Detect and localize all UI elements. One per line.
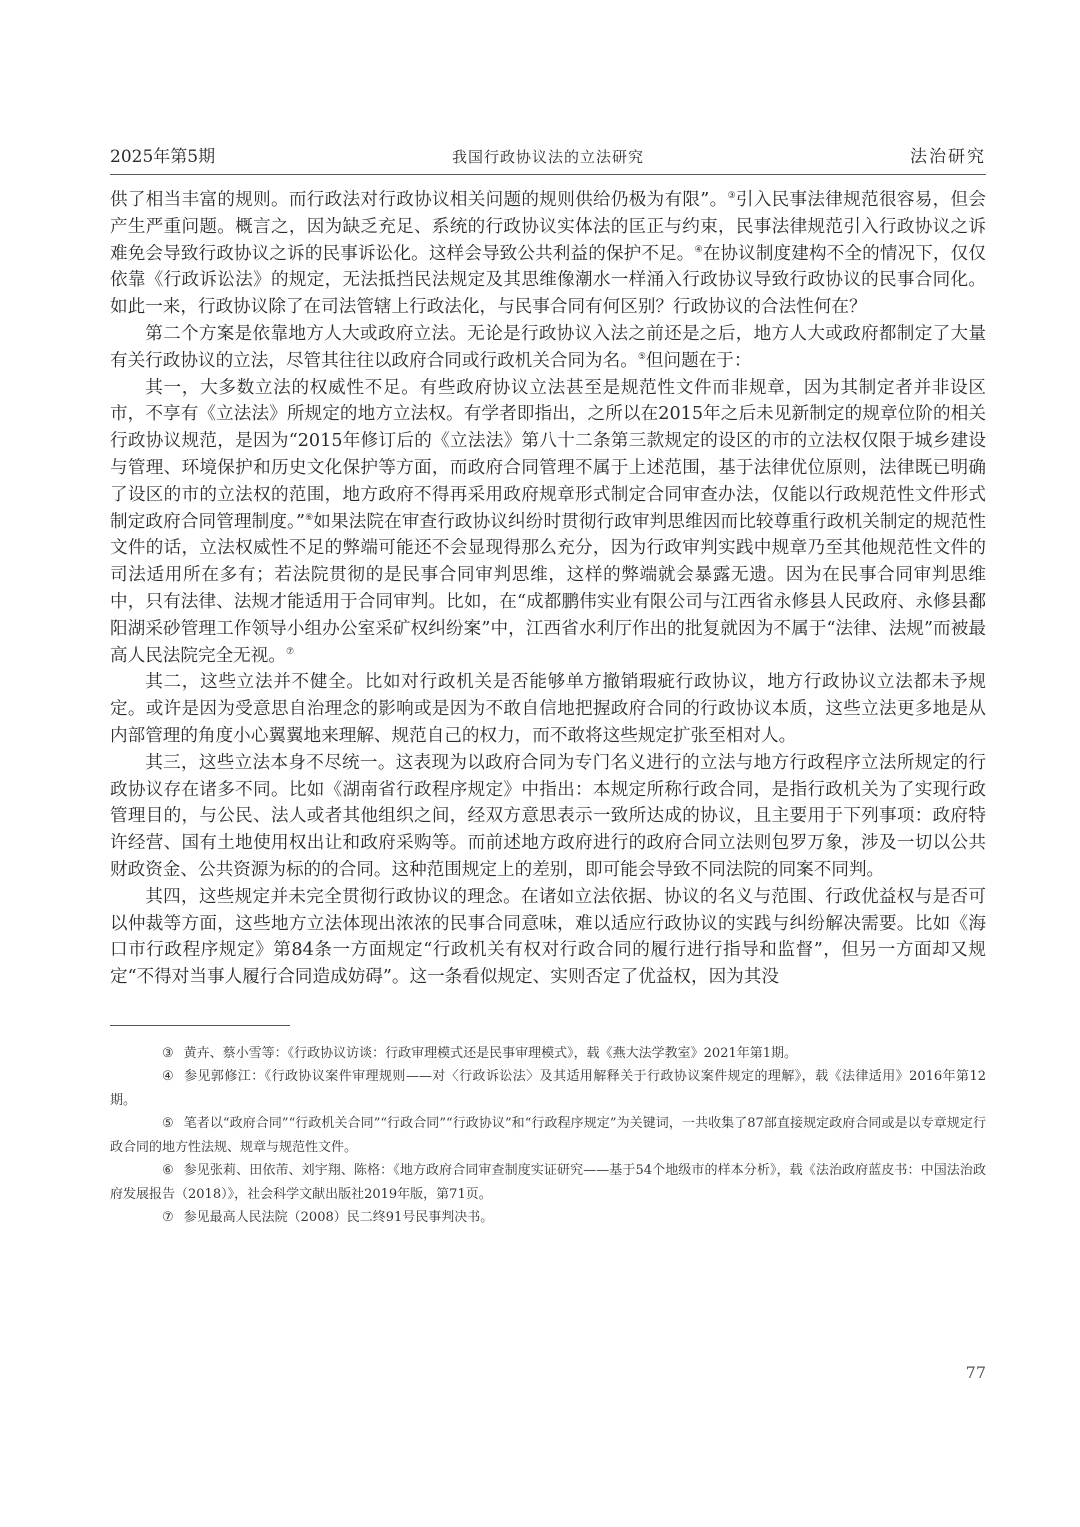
footnote-ref[interactable]: ⑤: [638, 352, 646, 362]
footnote-ref[interactable]: ④: [695, 245, 703, 255]
journal-page: 2025年第5期 我国行政协议法的立法研究 法治研究 供了相当丰富的规则。而行政…: [110, 140, 986, 1230]
footnote-number: ④: [136, 1065, 174, 1089]
paragraph-text: 其四，这些规定并未完全贯彻行政协议的理念。在诸如立法依据、协议的名义与范围、行政…: [110, 887, 986, 987]
footnotes-section: ③黄卉、蔡小雪等：《行政协议访谈：行政审理模式还是民事审理模式》，载《燕大法学教…: [110, 1042, 986, 1230]
paragraph-text: 如果法院在审查行政协议纠纷时贯彻行政审判思维因而比较尊重行政机关制定的规范性文件…: [110, 512, 986, 666]
paragraph-text: 其一，大多数立法的权威性不足。有些政府协议立法甚至是规范性文件而非规章，因为其制…: [110, 378, 986, 532]
footnote-text: 参见最高人民法院（2008）民二终91号民事判决书。: [184, 1210, 494, 1225]
footnote-text: 参见郭修江：《行政协议案件审理规则——对〈行政诉讼法〉及其适用解释关于行政协议案…: [110, 1069, 986, 1108]
article-body: 供了相当丰富的规则。而行政法对行政协议相关问题的规则供给仍极为有限”。③引入民事…: [110, 187, 986, 991]
page-number: 77: [966, 1363, 986, 1382]
footnote-divider: [110, 1025, 290, 1026]
paragraph-text: 其二，这些立法并不健全。比如对行政机关是否能够单方撤销瑕疵行政协议，地方行政协议…: [110, 672, 986, 746]
footnote-number: ⑥: [136, 1159, 174, 1183]
footnote-number: ⑦: [136, 1206, 174, 1230]
body-paragraph: 其四，这些规定并未完全贯彻行政协议的理念。在诸如立法依据、协议的名义与范围、行政…: [110, 884, 986, 991]
body-paragraph: 其一，大多数立法的权威性不足。有些政府协议立法甚至是规范性文件而非规章，因为其制…: [110, 375, 986, 670]
footnote-item: ⑦参见最高人民法院（2008）民二终91号民事判决书。: [110, 1206, 986, 1230]
journal-name: 法治研究: [910, 140, 986, 174]
footnote-ref[interactable]: ③: [727, 191, 735, 201]
paragraph-text: 但问题在于：: [646, 351, 752, 371]
body-paragraph: 第二个方案是依靠地方人大或政府立法。无论是行政协议入法之前还是之后，地方人大或政…: [110, 321, 986, 375]
body-paragraph: 其二，这些立法并不健全。比如对行政机关是否能够单方撤销瑕疵行政协议，地方行政协议…: [110, 669, 986, 749]
paragraph-text: 第二个方案是依靠地方人大或政府立法。无论是行政协议入法之前还是之后，地方人大或政…: [110, 324, 986, 371]
paragraph-text: 供了相当丰富的规则。而行政法对行政协议相关问题的规则供给仍极为有限”。: [110, 190, 727, 210]
footnote-text: 黄卉、蔡小雪等：《行政协议访谈：行政审理模式还是民事审理模式》，载《燕大法学教室…: [184, 1046, 797, 1061]
footnote-number: ③: [136, 1042, 174, 1066]
paragraph-text: 其三，这些立法本身不尽统一。这表现为以政府合同为专门名义进行的立法与地方行政程序…: [110, 753, 986, 880]
footnote-number: ⑤: [136, 1112, 174, 1136]
article-title: 我国行政协议法的立法研究: [110, 140, 986, 174]
footnote-item: ④参见郭修江：《行政协议案件审理规则——对〈行政诉讼法〉及其适用解释关于行政协议…: [110, 1065, 986, 1112]
running-header: 2025年第5期 我国行政协议法的立法研究 法治研究: [110, 140, 986, 175]
footnote-text: 笔者以“政府合同”“行政机关合同”“行政合同”“行政协议”和“行政程序规定”为关…: [110, 1116, 986, 1155]
footnote-item: ③黄卉、蔡小雪等：《行政协议访谈：行政审理模式还是民事审理模式》，载《燕大法学教…: [110, 1042, 986, 1066]
footnote-item: ⑥参见张莉、田依芾、刘宇翔、陈格：《地方政府合同审查制度实证研究——基于54个地…: [110, 1159, 986, 1206]
body-paragraph: 供了相当丰富的规则。而行政法对行政协议相关问题的规则供给仍极为有限”。③引入民事…: [110, 187, 986, 321]
footnote-ref[interactable]: ⑦: [286, 647, 294, 657]
footnote-text: 参见张莉、田依芾、刘宇翔、陈格：《地方政府合同审查制度实证研究——基于54个地级…: [110, 1163, 986, 1202]
body-paragraph: 其三，这些立法本身不尽统一。这表现为以政府合同为专门名义进行的立法与地方行政程序…: [110, 750, 986, 884]
footnote-item: ⑤笔者以“政府合同”“行政机关合同”“行政合同”“行政协议”和“行政程序规定”为…: [110, 1112, 986, 1159]
